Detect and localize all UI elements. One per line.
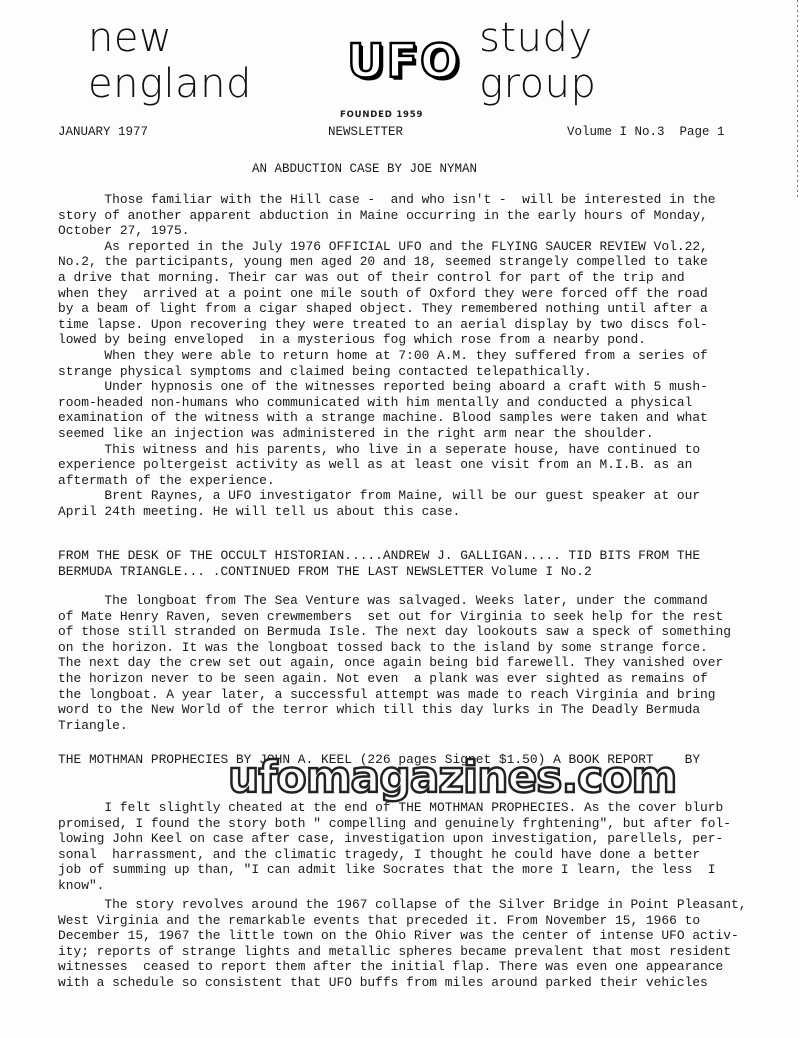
page-number: Page 1 xyxy=(680,125,725,139)
page-edge-perforation xyxy=(797,0,798,200)
logo-letter-u: U xyxy=(347,34,384,88)
logo-letter-o: O xyxy=(420,34,459,88)
article-body: Those familiar with the Hill case - and … xyxy=(58,192,778,519)
issue-date: JANUARY 1977 xyxy=(58,125,148,139)
section-heading: FROM THE DESK OF THE OCCULT HISTORIAN...… xyxy=(58,548,778,579)
masthead-left-text: new england xyxy=(88,15,333,107)
masthead-right-text: study group xyxy=(479,15,708,107)
volume-number: Volume I No.3 xyxy=(567,125,665,139)
ufo-logo: U F O xyxy=(347,34,461,88)
publication-type: NEWSLETTER xyxy=(328,125,403,139)
watermark: ufomagazines.com xyxy=(228,752,676,804)
article-body: The longboat from The Sea Venture was sa… xyxy=(58,593,778,733)
founded-line: FOUNDED 1959 xyxy=(340,110,423,120)
masthead: new england U F O study group xyxy=(88,26,708,96)
volume-page: Volume I No.3 Page 1 xyxy=(567,125,725,139)
logo-letter-f: F xyxy=(387,34,418,88)
article-title: AN ABDUCTION CASE BY JOE NYMAN xyxy=(252,162,477,176)
article-body: I felt slightly cheated at the end of TH… xyxy=(58,800,778,894)
newsletter-page: new england U F O study group FOUNDED 19… xyxy=(0,0,800,1038)
article-body: The story revolves around the 1967 colla… xyxy=(58,897,778,991)
